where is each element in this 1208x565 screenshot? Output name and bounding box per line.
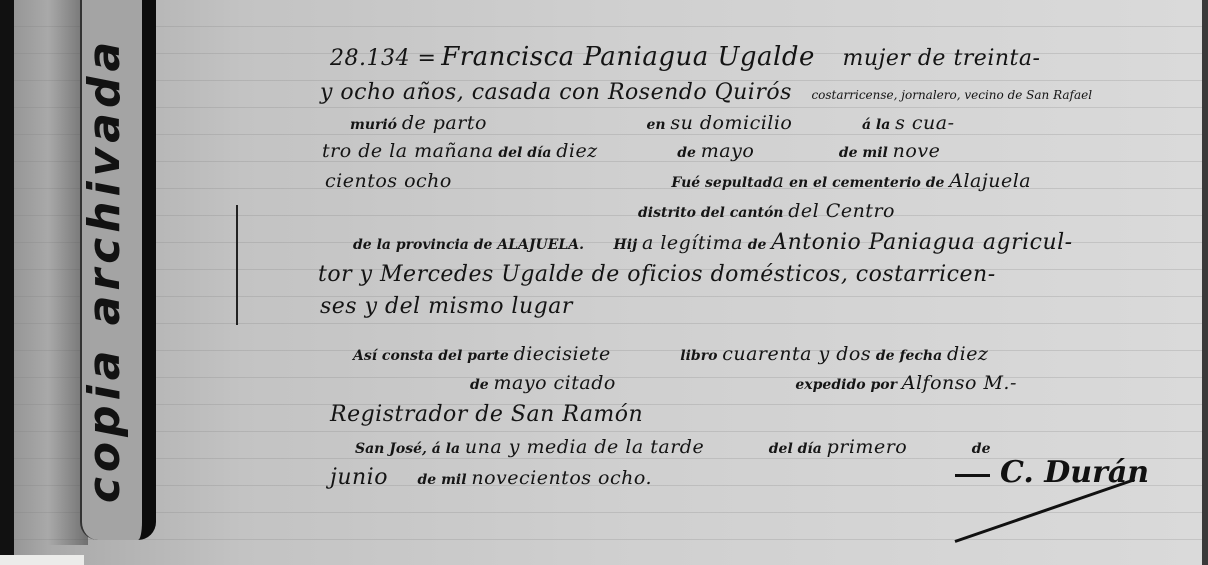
scan-corner <box>0 555 84 565</box>
margin-annotation: copia archivada <box>80 10 130 530</box>
book-number: cuarenta y dos <box>722 343 871 365</box>
printed-label: en el cementerio de <box>789 175 944 191</box>
registration-month: junio <box>330 465 388 490</box>
page-edge-shadow <box>0 0 14 565</box>
report-day: diez <box>947 343 989 365</box>
printed-label: San José, á la <box>355 441 460 457</box>
printed-label: de mil <box>839 145 888 161</box>
record-line-8: tor y Mercedes Ugalde de oficios domésti… <box>318 262 996 287</box>
printed-label: en <box>646 117 665 133</box>
gender-suffix: a <box>772 170 784 192</box>
report-month: mayo citado <box>493 372 615 394</box>
record-line-14: junio de mil novecientos ocho. <box>330 465 652 490</box>
record-line-7: de la provincia de ALAJUELA. Hij a legít… <box>353 230 1073 255</box>
hour-text: s cua- <box>895 112 954 134</box>
page-right-edge <box>1202 0 1208 565</box>
death-day: diez <box>556 140 598 162</box>
death-year-rest: cientos ocho <box>325 170 452 192</box>
signature-dash <box>955 474 990 477</box>
registration-time: una y media de la tarde <box>465 436 704 458</box>
spouse-note: costarricense, jornalero, vecino de San … <box>811 88 1092 102</box>
printed-label: Hij <box>614 237 638 253</box>
record-line-3: murió de parto en su domicilio á la s cu… <box>350 112 955 134</box>
age-text: mujer de treinta- <box>842 46 1040 71</box>
record-line-11: de mayo citado expedido por Alfonso M.- <box>470 372 1017 394</box>
record-line-1: 28.134 = Francisca Paniagua Ugalde mujer… <box>330 42 1040 72</box>
printed-label: del día <box>498 145 551 161</box>
printed-label: Así consta del parte <box>353 348 509 364</box>
printed-label: distrito del cantón <box>638 205 783 221</box>
record-number: 28.134 = <box>330 46 436 71</box>
death-year-part: nove <box>893 140 941 162</box>
printed-label: de <box>748 237 767 253</box>
margin-mark <box>236 205 238 325</box>
record-line-10: Así consta del parte diecisiete libro cu… <box>353 343 988 365</box>
printed-label: murió <box>350 117 397 133</box>
record-line-2: y ocho años, casada con Rosendo Quirós c… <box>320 80 1092 105</box>
canton: del Centro <box>788 200 895 222</box>
mother-name: tor y Mercedes Ugalde de oficios domésti… <box>318 262 996 287</box>
printed-label: á la <box>862 117 890 133</box>
place-of-death: su domicilio <box>670 112 792 134</box>
registrar-text: Registrador de San Ramón <box>330 402 643 427</box>
printed-label: libro <box>680 348 717 364</box>
printed-label: de <box>677 145 696 161</box>
registration-day: primero <box>827 436 908 458</box>
record-line-4: tro de la mañana del día diez de mayo de… <box>322 140 940 162</box>
deceased-name: Francisca Paniagua Ugalde <box>441 42 815 72</box>
record-line-6: distrito del cantón del Centro <box>638 200 895 222</box>
record-line-13: San José, á la una y media de la tarde d… <box>355 436 990 458</box>
record-line-5: cientos ocho Fué sepultada en el cemente… <box>325 170 1031 192</box>
record-line-12: Registrador de San Ramón <box>330 402 643 427</box>
marriage-text: y ocho años, casada con Rosendo Quirós <box>320 80 792 105</box>
printed-label: del día <box>769 441 822 457</box>
printed-label: de <box>972 441 991 457</box>
cause-of-death: de parto <box>402 112 487 134</box>
document-page: copia archivada 28.134 = Francisca Pania… <box>0 0 1208 565</box>
printed-label: de <box>470 377 489 393</box>
issuer-name: Alfonso M.- <box>902 372 1017 394</box>
death-month: mayo <box>701 140 755 162</box>
printed-label: de mil <box>418 472 467 488</box>
printed-label: Fué sepultad <box>671 175 772 191</box>
printed-label: expedido por <box>795 377 897 393</box>
legitimacy: a legítima <box>642 232 743 254</box>
residence-text: ses y del mismo lugar <box>320 294 573 319</box>
father-name: Antonio Paniagua agricul- <box>771 230 1072 255</box>
time-of-day: tro de la mañana <box>322 140 494 162</box>
parte-number: diecisiete <box>514 343 611 365</box>
cemetery: Alajuela <box>949 170 1031 192</box>
record-line-9: ses y del mismo lugar <box>320 294 573 319</box>
registration-year: novecientos ocho. <box>471 467 652 489</box>
registrar-signature: C. Durán <box>1000 455 1149 490</box>
province-label: de la provincia de ALAJUELA. <box>353 237 584 253</box>
printed-label: de fecha <box>876 348 942 364</box>
